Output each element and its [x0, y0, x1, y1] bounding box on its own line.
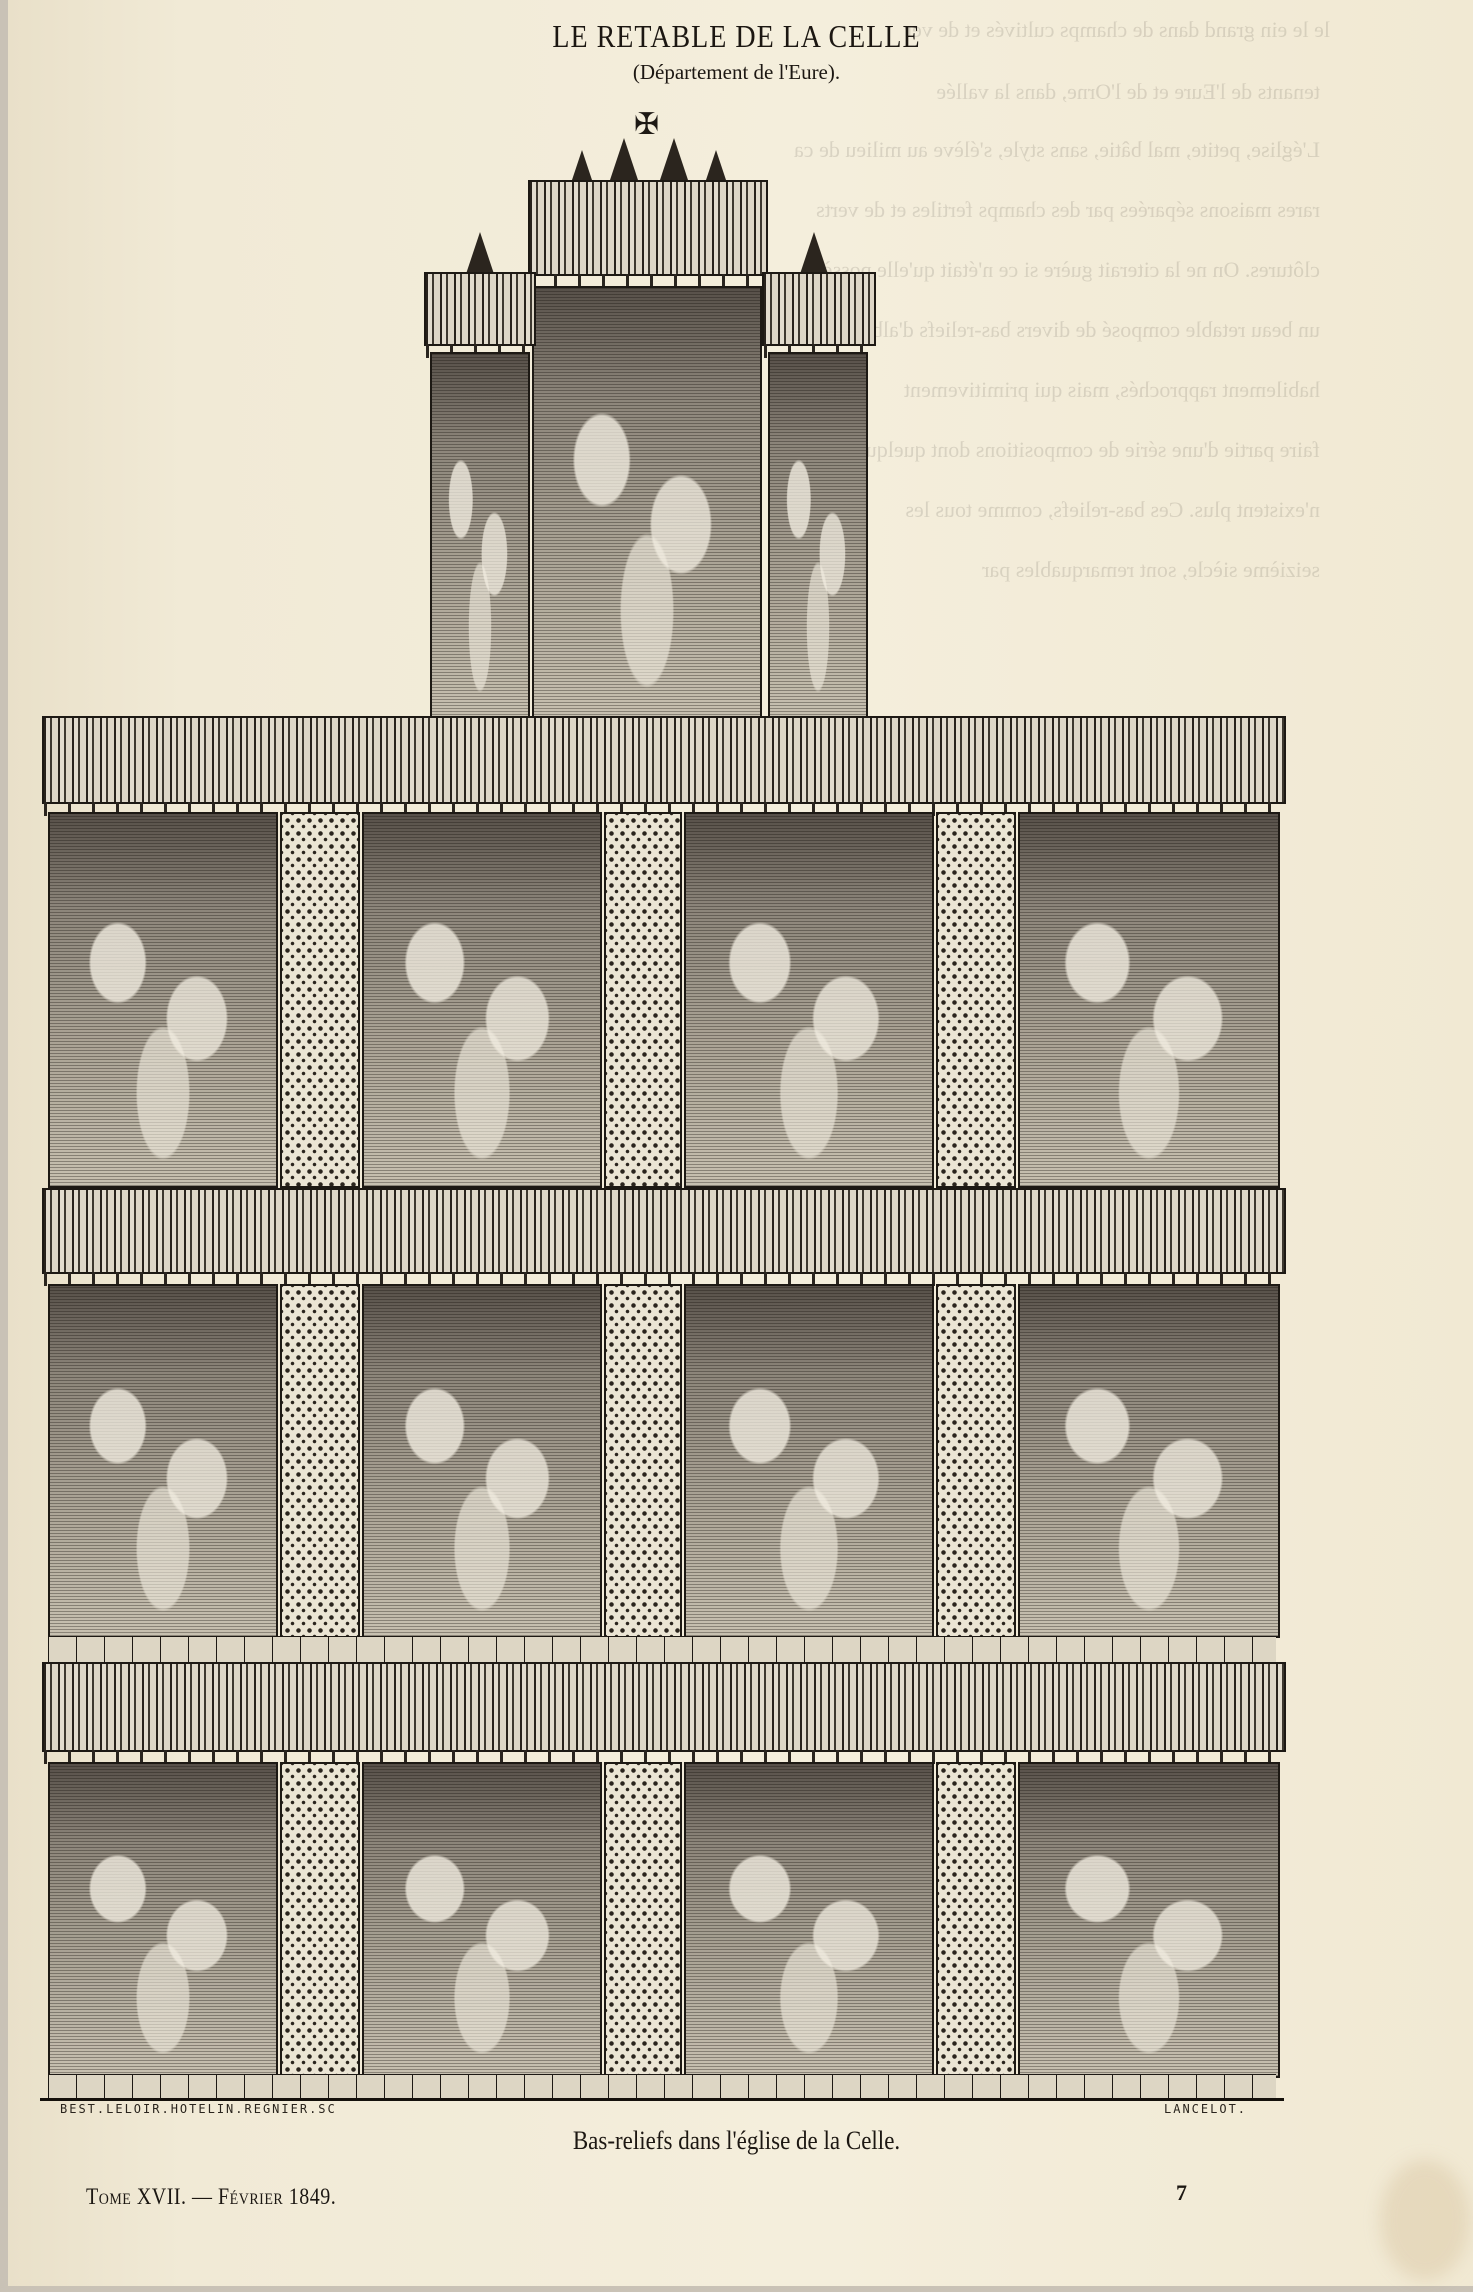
tier-2-pillar-1 — [280, 1284, 360, 1638]
tier-3-canopy — [42, 1662, 1286, 1752]
tier-2-panel-1 — [48, 1284, 278, 1638]
tier-2-floor — [48, 1636, 1276, 1663]
tier-1-pillar-3 — [936, 812, 1016, 1188]
pinnacle-icon — [610, 138, 638, 180]
engraver-signature-left: BEST.LELOIR.HOTELIN.REGNIER.SC — [60, 2102, 337, 2116]
figure-caption: Bas-reliefs dans l'église de la Celle. — [0, 2126, 1473, 2156]
tier-3-panel-4 — [1018, 1762, 1280, 2078]
tier-1-panel-3 — [684, 812, 934, 1188]
retable-engraving: ✠ — [0, 0, 1473, 2292]
upper-panel-left-saint — [430, 352, 530, 720]
left-tower-canopy — [424, 272, 536, 346]
center-canopy — [528, 180, 768, 276]
upper-panel-coronation — [532, 286, 762, 720]
pinnacle-icon — [466, 232, 494, 274]
pinnacle-icon — [660, 138, 688, 180]
pinnacle-icon — [800, 232, 828, 274]
tier-1-pillar-2 — [604, 812, 682, 1188]
finial-cross-icon: ✠ — [634, 110, 659, 140]
tier-2-pillar-2 — [604, 1284, 682, 1638]
tier-1-panel-1 — [48, 812, 278, 1188]
tier-3-floor — [48, 2074, 1276, 2101]
upper-panel-right-saint — [768, 352, 868, 720]
tier-3-pillar-2 — [604, 1762, 682, 2078]
tier-2-panel-3 — [684, 1284, 934, 1638]
tier-2-canopy — [42, 1188, 1286, 1274]
tier-1-panel-4 — [1018, 812, 1280, 1188]
tier-1-canopy — [42, 716, 1286, 804]
engraver-signature-right: LANCELOT. — [1164, 2102, 1247, 2116]
page-number: 7 — [1176, 2180, 1187, 2206]
base-line — [40, 2098, 1284, 2101]
tier-3-panel-3 — [684, 1762, 934, 2078]
right-tower-canopy — [762, 272, 876, 346]
tier-3-pillar-3 — [936, 1762, 1016, 2078]
tier-2-panel-4 — [1018, 1284, 1280, 1638]
tier-3-panel-2 — [362, 1762, 602, 2078]
tier-3-panel-1 — [48, 1762, 278, 2078]
tier-1-pillar-1 — [280, 812, 360, 1188]
tier-3-pillar-1 — [280, 1762, 360, 2078]
tier-2-panel-2 — [362, 1284, 602, 1638]
tier-2-pillar-3 — [936, 1284, 1016, 1638]
tier-1-panel-2 — [362, 812, 602, 1188]
volume-date: Tome XVII. — Février 1849. — [86, 2184, 336, 2210]
